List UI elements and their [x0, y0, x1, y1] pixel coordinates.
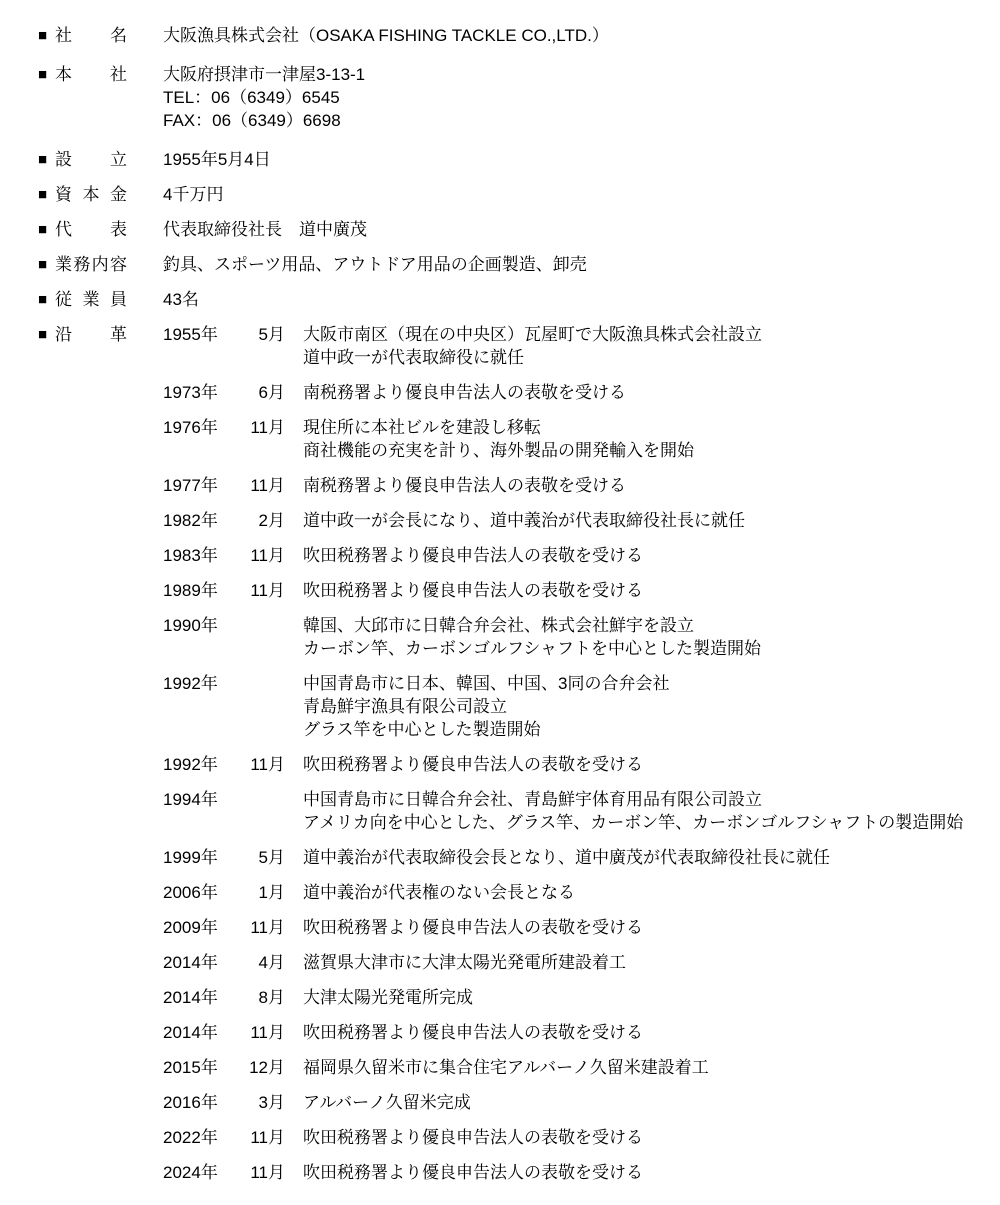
- history-entry-month: 4月: [240, 951, 285, 974]
- section-bullet-icon: ■: [38, 183, 55, 206]
- history-entry-month: 8月: [240, 986, 285, 1009]
- history-entry-line: 滋賀県大津市に大津太陽光発電所建設着工: [303, 951, 626, 974]
- section-bullet-icon: ■: [38, 288, 55, 311]
- field-value: 1955年5月4日: [163, 148, 271, 171]
- history-entry-description: 吹田税務署より優良申告法人の表敬を受ける: [285, 579, 643, 602]
- history-entry-description: 吹田税務署より優良申告法人の表敬を受ける: [285, 1161, 643, 1184]
- history-entry-month: 1月: [240, 881, 285, 904]
- history-entry-line: 大阪市南区（現在の中央区）瓦屋町で大阪漁具株式会社設立: [303, 323, 762, 346]
- history-entry-line: 吹田税務署より優良申告法人の表敬を受ける: [303, 916, 643, 939]
- company-profile-document: ■ 社名 大阪漁具株式会社（OSAKA FISHING TACKLE CO.,L…: [0, 0, 1000, 1184]
- history-entry-month: 6月: [240, 381, 285, 404]
- field-value-line: FAX：06（6349）6698: [163, 109, 365, 132]
- history-entry-year: 2009年: [163, 916, 240, 939]
- history-entry-line: 道中義治が代表権のない会長となる: [303, 881, 575, 904]
- history-entry-month: 11月: [240, 1021, 285, 1044]
- history-entry-month: 11月: [240, 579, 285, 602]
- history-entry: 1992年 11月 吹田税務署より優良申告法人の表敬を受ける: [163, 753, 988, 776]
- history-entry: 1994年 中国青島市に日韓合弁会社、青島鮮宇体育用品有限公司設立アメリカ向を中…: [163, 788, 988, 834]
- history-entry-description: 道中政一が会長になり、道中義治が代表取締役社長に就任: [285, 509, 745, 532]
- history-entry-year: 1977年: [163, 474, 240, 497]
- history-entry-year: 2014年: [163, 986, 240, 1009]
- history-entry: 2015年 12月 福岡県久留米市に集合住宅アルバーノ久留米建設着工: [163, 1056, 988, 1079]
- history-entry: 1999年 5月 道中義治が代表取締役会長となり、道中廣茂が代表取締役社長に就任: [163, 846, 988, 869]
- history-entry-line: 吹田税務署より優良申告法人の表敬を受ける: [303, 1126, 643, 1149]
- history-entry-year: 2015年: [163, 1056, 240, 1079]
- history-entry-line: 道中義治が代表取締役会長となり、道中廣茂が代表取締役社長に就任: [303, 846, 830, 869]
- history-entry-line: アルバーノ久留米完成: [303, 1091, 471, 1114]
- history-entry: 2022年 11月 吹田税務署より優良申告法人の表敬を受ける: [163, 1126, 988, 1149]
- history-entry-description: 吹田税務署より優良申告法人の表敬を受ける: [285, 1126, 643, 1149]
- history-entry-line: グラス竿を中心とした製造開始: [303, 718, 669, 741]
- history-entry-line: 青島鮮宇漁具有限公司設立: [303, 695, 669, 718]
- history-entry-year: 1982年: [163, 509, 240, 532]
- field-value-line: 大阪府摂津市一津屋3-13-1: [163, 63, 365, 86]
- history-entry-description: 中国青島市に日韓合弁会社、青島鮮宇体育用品有限公司設立アメリカ向を中心とした、グ…: [285, 788, 963, 834]
- field-label: 従業員: [55, 288, 127, 311]
- history-entry-year: 2006年: [163, 881, 240, 904]
- history-entry-year: 1999年: [163, 846, 240, 869]
- history-entry-description: 南税務署より優良申告法人の表敬を受ける: [285, 474, 626, 497]
- history-entry-month: 11月: [240, 416, 285, 439]
- field-value: 釣具、スポーツ用品、アウトドア用品の企画製造、卸売: [163, 253, 587, 276]
- history-entry-description: 吹田税務署より優良申告法人の表敬を受ける: [285, 916, 643, 939]
- field-value-line: 1955年5月4日: [163, 148, 271, 171]
- history-entry-line: 吹田税務署より優良申告法人の表敬を受ける: [303, 579, 643, 602]
- history-section: ■ 沿革 1955年 5月 大阪市南区（現在の中央区）瓦屋町で大阪漁具株式会社設…: [38, 323, 988, 1184]
- history-entry: 1990年 韓国、大邱市に日韓合弁会社、株式会社鮮宇を設立カーボン竿、カーボンゴ…: [163, 614, 988, 660]
- section-bullet-icon: ■: [38, 323, 55, 346]
- history-entry-line: 福岡県久留米市に集合住宅アルバーノ久留米建設着工: [303, 1056, 709, 1079]
- history-entry: 1982年 2月 道中政一が会長になり、道中義治が代表取締役社長に就任: [163, 509, 988, 532]
- history-entry: 1983年 11月 吹田税務署より優良申告法人の表敬を受ける: [163, 544, 988, 567]
- field-value-line: 釣具、スポーツ用品、アウトドア用品の企画製造、卸売: [163, 253, 587, 276]
- field-value: 4千万円: [163, 183, 223, 206]
- history-entry-year: 1955年: [163, 323, 240, 346]
- field-value-line: 4千万円: [163, 183, 223, 206]
- section-bullet-icon: ■: [38, 24, 55, 47]
- history-entry: 1989年 11月 吹田税務署より優良申告法人の表敬を受ける: [163, 579, 988, 602]
- history-entry-year: 2024年: [163, 1161, 240, 1184]
- field-label: 業務内容: [55, 253, 127, 276]
- field-value: 大阪漁具株式会社（OSAKA FISHING TACKLE CO.,LTD.）: [163, 24, 609, 47]
- history-entry: 1992年 中国青島市に日本、韓国、中国、3同の合弁会社青島鮮宇漁具有限公司設立…: [163, 672, 988, 741]
- history-entry-line: 吹田税務署より優良申告法人の表敬を受ける: [303, 1021, 643, 1044]
- history-entry-year: 2014年: [163, 951, 240, 974]
- history-entry-month: 11月: [240, 1161, 285, 1184]
- history-entry-month: 12月: [240, 1056, 285, 1079]
- history-entry-description: 現住所に本社ビルを建設し移転商社機能の充実を計り、海外製品の開発輸入を開始: [285, 416, 694, 462]
- history-entry-month: 11月: [240, 544, 285, 567]
- field-row: ■ 代表 代表取締役社長 道中廣茂: [38, 218, 988, 241]
- field-row: ■ 本社 大阪府摂津市一津屋3-13-1TEL：06（6349）6545FAX：…: [38, 63, 988, 132]
- history-entry: 1977年 11月 南税務署より優良申告法人の表敬を受ける: [163, 474, 988, 497]
- field-value: 大阪府摂津市一津屋3-13-1TEL：06（6349）6545FAX：06（63…: [163, 63, 365, 132]
- history-entry-description: 南税務署より優良申告法人の表敬を受ける: [285, 381, 626, 404]
- history-entry: 1973年 6月 南税務署より優良申告法人の表敬を受ける: [163, 381, 988, 404]
- field-value: 43名: [163, 288, 199, 311]
- history-entry: 2009年 11月 吹田税務署より優良申告法人の表敬を受ける: [163, 916, 988, 939]
- history-entry: 2006年 1月 道中義治が代表権のない会長となる: [163, 881, 988, 904]
- history-entry-year: 2022年: [163, 1126, 240, 1149]
- field-value: 代表取締役社長 道中廣茂: [163, 218, 367, 241]
- history-entry: 2024年 11月 吹田税務署より優良申告法人の表敬を受ける: [163, 1161, 988, 1184]
- history-entry-month: 11月: [240, 474, 285, 497]
- field-label: 設立: [55, 148, 127, 171]
- history-entry-line: 吹田税務署より優良申告法人の表敬を受ける: [303, 753, 643, 776]
- field-row: ■ 社名 大阪漁具株式会社（OSAKA FISHING TACKLE CO.,L…: [38, 24, 988, 47]
- field-value-line: TEL：06（6349）6545: [163, 86, 365, 109]
- history-entry-description: 大阪市南区（現在の中央区）瓦屋町で大阪漁具株式会社設立道中政一が代表取締役に就任: [285, 323, 762, 369]
- history-entry-description: 滋賀県大津市に大津太陽光発電所建設着工: [285, 951, 626, 974]
- history-entry-description: 道中義治が代表取締役会長となり、道中廣茂が代表取締役社長に就任: [285, 846, 830, 869]
- history-label: 沿革: [55, 323, 127, 346]
- history-entry-year: 1983年: [163, 544, 240, 567]
- field-label: 本社: [55, 63, 127, 86]
- history-entry-line: 大津太陽光発電所完成: [303, 986, 473, 1009]
- history-entry-month: 11月: [240, 753, 285, 776]
- history-entry: 2016年 3月 アルバーノ久留米完成: [163, 1091, 988, 1114]
- history-entry-month: 11月: [240, 1126, 285, 1149]
- field-value-line: 代表取締役社長 道中廣茂: [163, 218, 367, 241]
- history-entry-year: 1990年: [163, 614, 240, 637]
- history-entry-line: 韓国、大邱市に日韓合弁会社、株式会社鮮宇を設立: [303, 614, 761, 637]
- history-entry-line: 道中政一が代表取締役に就任: [303, 346, 762, 369]
- history-entry-year: 1994年: [163, 788, 240, 811]
- field-value-line: 大阪漁具株式会社（OSAKA FISHING TACKLE CO.,LTD.）: [163, 24, 609, 47]
- history-entry: 2014年 4月 滋賀県大津市に大津太陽光発電所建設着工: [163, 951, 988, 974]
- history-entry-line: カーボン竿、カーボンゴルフシャフトを中心とした製造開始: [303, 637, 761, 660]
- history-entry-line: 南税務署より優良申告法人の表敬を受ける: [303, 474, 626, 497]
- history-entry-year: 1992年: [163, 672, 240, 695]
- history-entry: 2014年 8月 大津太陽光発電所完成: [163, 986, 988, 1009]
- history-entry-line: 南税務署より優良申告法人の表敬を受ける: [303, 381, 626, 404]
- history-entry-year: 1989年: [163, 579, 240, 602]
- history-entry-description: 吹田税務署より優良申告法人の表敬を受ける: [285, 544, 643, 567]
- history-entry-description: 吹田税務署より優良申告法人の表敬を受ける: [285, 1021, 643, 1044]
- field-label: 代表: [55, 218, 127, 241]
- section-bullet-icon: ■: [38, 253, 55, 276]
- history-entry-year: 1973年: [163, 381, 240, 404]
- field-row: ■ 従業員 43名: [38, 288, 988, 311]
- section-bullet-icon: ■: [38, 218, 55, 241]
- history-entry-description: 韓国、大邱市に日韓合弁会社、株式会社鮮宇を設立カーボン竿、カーボンゴルフシャフト…: [285, 614, 761, 660]
- history-entry-month: 2月: [240, 509, 285, 532]
- history-entry-line: 中国青島市に日本、韓国、中国、3同の合弁会社: [303, 672, 669, 695]
- history-entry-month: 5月: [240, 323, 285, 346]
- history-entry-description: 吹田税務署より優良申告法人の表敬を受ける: [285, 753, 643, 776]
- history-entry-line: 道中政一が会長になり、道中義治が代表取締役社長に就任: [303, 509, 745, 532]
- company-fields: ■ 社名 大阪漁具株式会社（OSAKA FISHING TACKLE CO.,L…: [38, 24, 988, 311]
- history-entry: 2014年 11月 吹田税務署より優良申告法人の表敬を受ける: [163, 1021, 988, 1044]
- history-entry-year: 2014年: [163, 1021, 240, 1044]
- history-entry-month: 3月: [240, 1091, 285, 1114]
- history-entry-line: 吹田税務署より優良申告法人の表敬を受ける: [303, 544, 643, 567]
- history-entry-description: 中国青島市に日本、韓国、中国、3同の合弁会社青島鮮宇漁具有限公司設立グラス竿を中…: [285, 672, 669, 741]
- history-entry: 1955年 5月 大阪市南区（現在の中央区）瓦屋町で大阪漁具株式会社設立道中政一…: [163, 323, 988, 369]
- section-bullet-icon: ■: [38, 148, 55, 171]
- history-entry-line: 商社機能の充実を計り、海外製品の開発輸入を開始: [303, 439, 694, 462]
- history-entry-month: 5月: [240, 846, 285, 869]
- field-row: ■ 業務内容 釣具、スポーツ用品、アウトドア用品の企画製造、卸売: [38, 253, 988, 276]
- section-bullet-icon: ■: [38, 63, 55, 86]
- history-entry-description: 福岡県久留米市に集合住宅アルバーノ久留米建設着工: [285, 1056, 709, 1079]
- history-entry-description: 大津太陽光発電所完成: [285, 986, 473, 1009]
- history-entry: 1976年 11月 現住所に本社ビルを建設し移転商社機能の充実を計り、海外製品の…: [163, 416, 988, 462]
- history-entries: 1955年 5月 大阪市南区（現在の中央区）瓦屋町で大阪漁具株式会社設立道中政一…: [163, 323, 988, 1184]
- history-entry-line: アメリカ向を中心とした、グラス竿、カーボン竿、カーボンゴルフシャフトの製造開始: [303, 811, 963, 834]
- history-entry-year: 1992年: [163, 753, 240, 776]
- field-value-line: 43名: [163, 288, 199, 311]
- history-entry-line: 現住所に本社ビルを建設し移転: [303, 416, 694, 439]
- history-entry-description: 道中義治が代表権のない会長となる: [285, 881, 575, 904]
- history-entry-description: アルバーノ久留米完成: [285, 1091, 471, 1114]
- history-entry-line: 中国青島市に日韓合弁会社、青島鮮宇体育用品有限公司設立: [303, 788, 963, 811]
- field-row: ■ 資本金 4千万円: [38, 183, 988, 206]
- history-entry-year: 2016年: [163, 1091, 240, 1114]
- field-label: 資本金: [55, 183, 127, 206]
- history-entry-line: 吹田税務署より優良申告法人の表敬を受ける: [303, 1161, 643, 1184]
- history-entry-year: 1976年: [163, 416, 240, 439]
- field-label: 社名: [55, 24, 127, 47]
- field-row: ■ 設立 1955年5月4日: [38, 148, 988, 171]
- history-entry-month: 11月: [240, 916, 285, 939]
